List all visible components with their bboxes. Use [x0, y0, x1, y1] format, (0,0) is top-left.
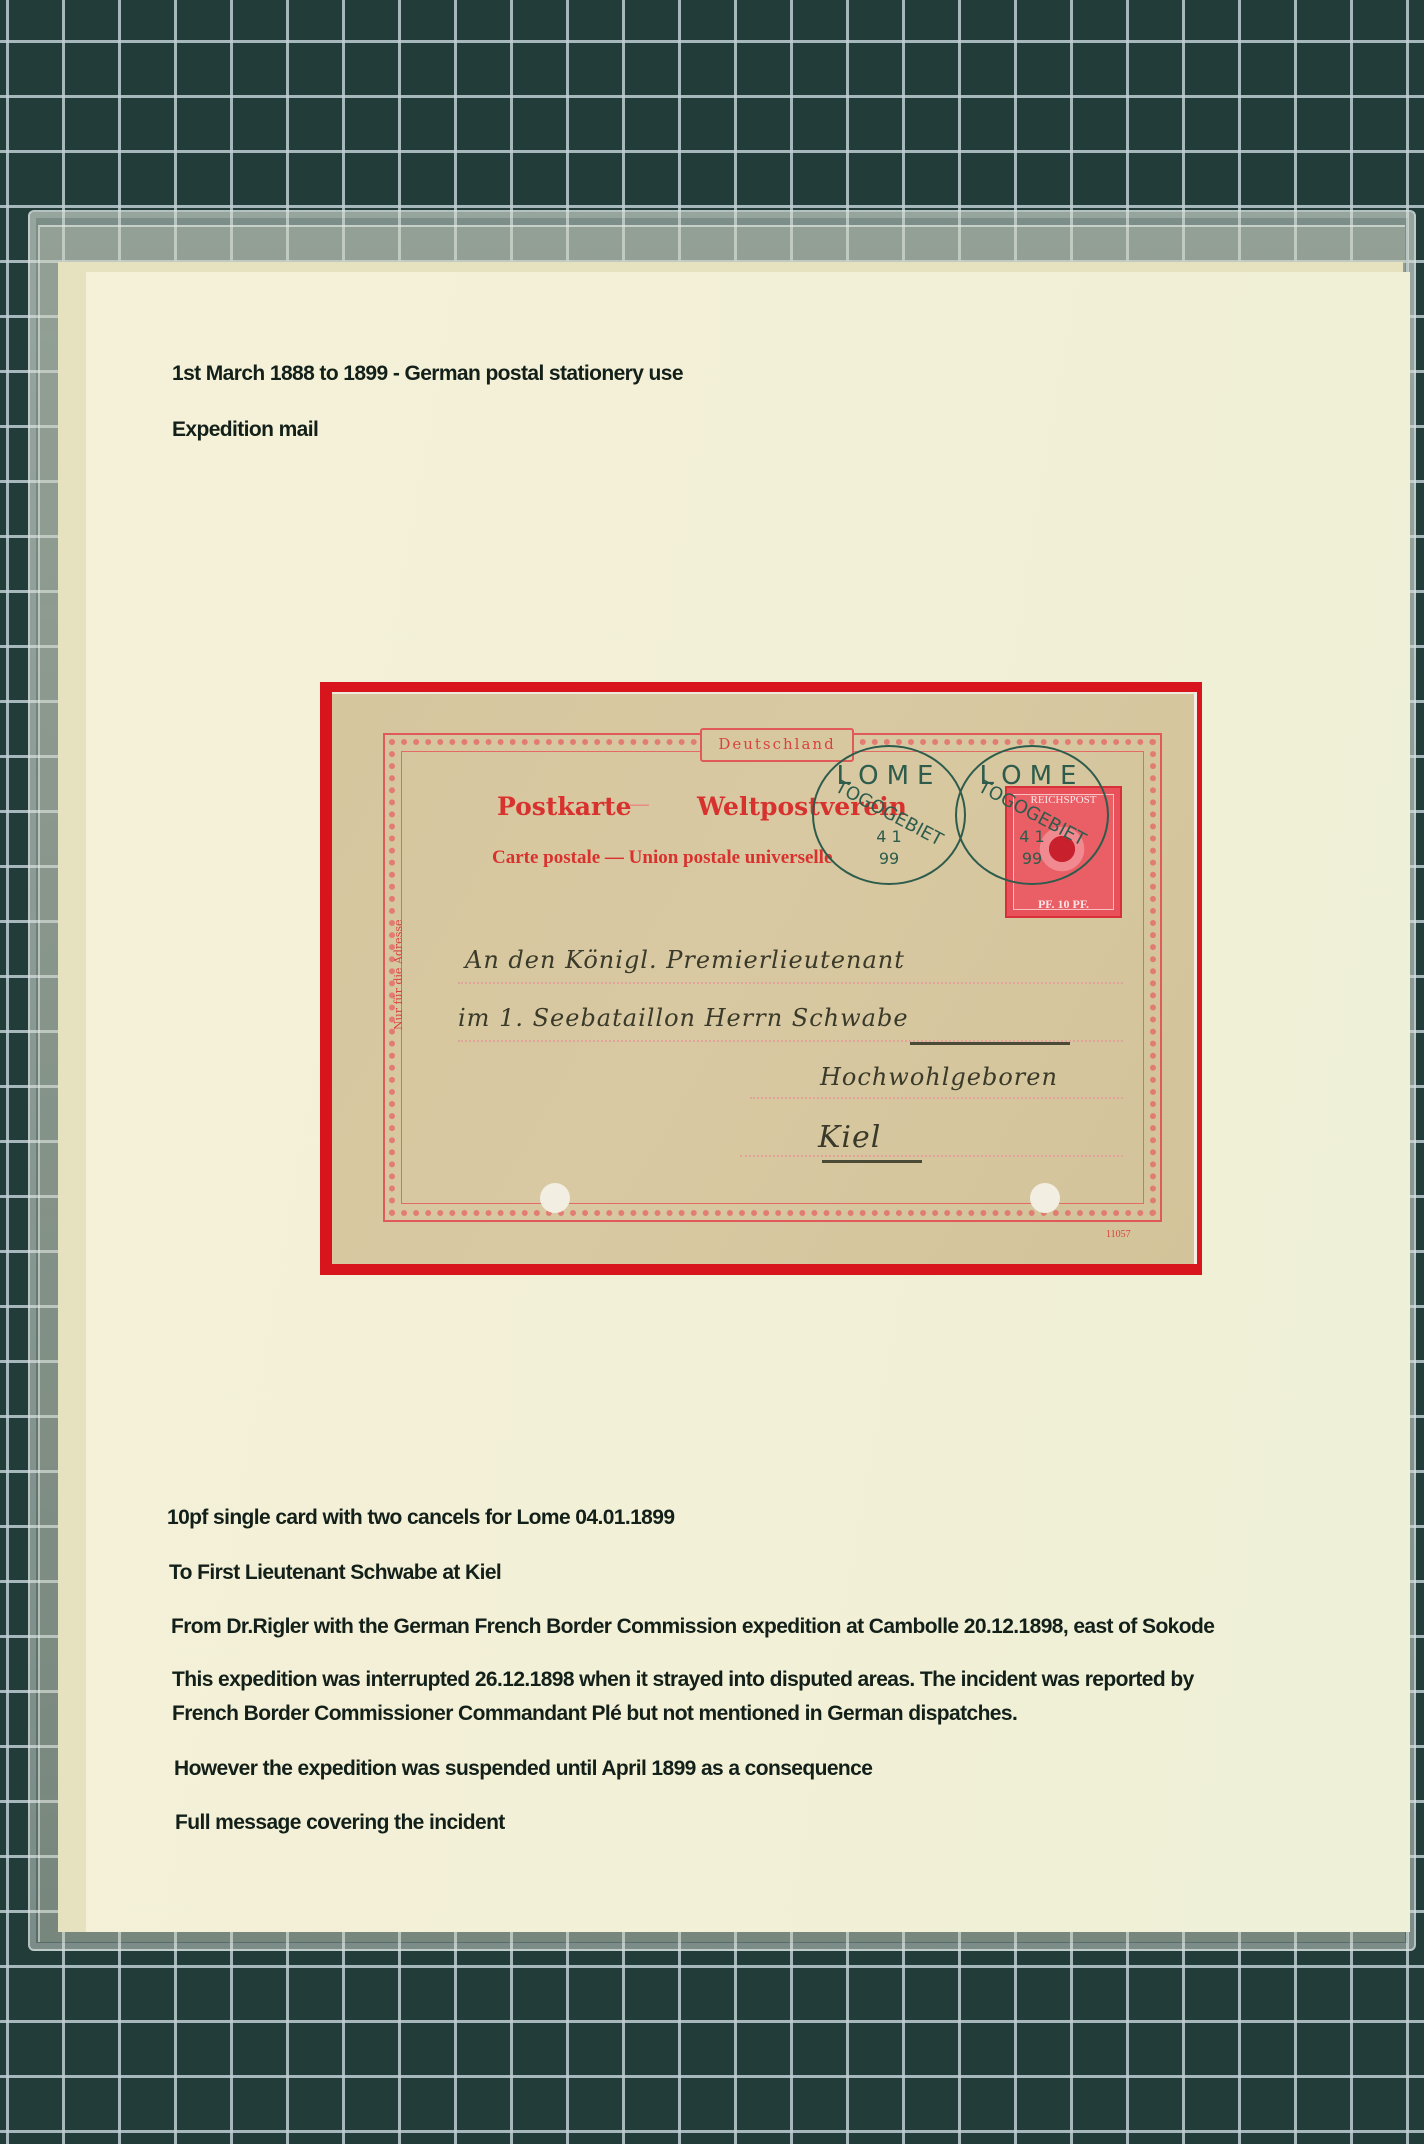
description-line: 10pf single card with two cancels for Lo…	[167, 1506, 674, 1530]
cancel-date: 4 1	[814, 827, 964, 846]
page-heading: 1st March 1888 to 1899 - German postal s…	[172, 362, 683, 386]
address-rule	[750, 1097, 1123, 1099]
description-line: This expedition was interrupted 26.12.18…	[172, 1668, 1194, 1692]
address-rule	[740, 1155, 1123, 1157]
postmark-cancel: LOME TOGOGEBIET 4 1 99	[955, 745, 1109, 885]
address-line: Kiel	[818, 1120, 881, 1155]
cancel-year: 99	[957, 849, 1107, 868]
punch-hole	[540, 1183, 570, 1213]
description-line: From Dr.Rigler with the German French Bo…	[171, 1615, 1214, 1639]
underline-kiel	[822, 1160, 922, 1163]
vertical-address-note: Nur für die Adresse	[392, 920, 405, 1031]
underline-schwabe	[910, 1042, 1070, 1045]
title-postkarte: Postkarte	[497, 792, 632, 821]
card-serial-number: 11057	[1106, 1229, 1131, 1240]
cancel-year: 99	[814, 849, 964, 868]
banner-deutschland: Deutschland	[700, 728, 854, 762]
postmark-cancel: LOME TOGOGEBIET 4 1 99	[812, 745, 966, 885]
title-dash: —	[628, 792, 650, 817]
stamp-value-label: PF. 10 PF.	[1007, 897, 1120, 912]
description-line: To First Lieutenant Schwabe at Kiel	[169, 1561, 501, 1585]
description-line: Full message covering the incident	[175, 1811, 505, 1835]
address-line: Hochwohlgeboren	[820, 1063, 1058, 1091]
description-line: However the expedition was suspended unt…	[174, 1757, 872, 1781]
punch-hole	[1030, 1183, 1060, 1213]
cancel-date: 4 1	[957, 827, 1107, 846]
address-rule	[458, 982, 1123, 984]
address-line: An den Königl. Premierlieutenant	[465, 946, 905, 974]
description-line: French Border Commissioner Commandant Pl…	[172, 1702, 1017, 1726]
page-subheading: Expedition mail	[172, 418, 318, 442]
address-line: im 1. Seebataillon Herrn Schwabe	[458, 1004, 909, 1032]
subtitle-carte-postale: Carte postale — Union postale universell…	[492, 847, 832, 869]
